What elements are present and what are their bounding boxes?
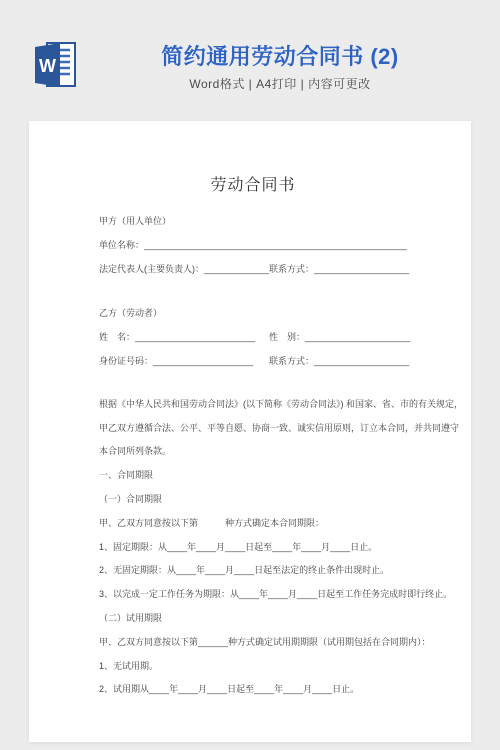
subsection-heading-probation: （二）试用期限 xyxy=(99,607,407,631)
party-a-company-line: 单位名称：___________________________________… xyxy=(99,234,407,258)
party-b-gender: 性 别：_____________________ xyxy=(269,326,410,350)
party-b-id-number: 身份证号码：____________________ xyxy=(99,356,253,366)
spacer xyxy=(99,374,407,393)
party-b-id-row: 身份证号码：____________________ 联系方式：________… xyxy=(99,350,407,374)
contract-line: 甲、乙双方同意按以下第 种方式确定本合同期限： xyxy=(99,512,407,536)
header-text-block: 简约通用劳动合同书 (2) Word格式 | A4打印 | 内容可更改 xyxy=(60,42,500,91)
subsection-heading-contract-term: （一）合同期限 xyxy=(99,488,407,512)
contract-line: 甲、乙双方同意按以下第______种方式确定试用期期限（试用期包括在合同期内）： xyxy=(99,631,407,655)
word-icon-letter: W xyxy=(39,56,56,76)
party-a-rep-row: 法定代表人(主要负责人)：_____________ 联系方式：________… xyxy=(99,258,407,282)
party-a-contact: 联系方式：___________________ xyxy=(269,258,409,282)
template-title[interactable]: 简约通用劳动合同书 (2) xyxy=(161,42,399,72)
section-heading-term: 一、合同期限 xyxy=(99,464,407,488)
contract-line: 甲乙双方遵循合法、公平、平等自愿、协商一致、诚实信用原则，订立本合同，并共同遵守 xyxy=(99,417,407,441)
party-b-name-row: 姓 名：________________________ 性 别：_______… xyxy=(99,326,407,350)
header: W 简约通用劳动合同书 (2) Word格式 | A4打印 | 内容可更改 xyxy=(0,0,500,121)
contract-line: 2、无固定期限：从____年____月____日起至法定的终止条件出现时止。 xyxy=(99,559,407,583)
contract-line: 3、以完成一定工作任务为期限：从____年____月____日起至工作任务完成时… xyxy=(99,583,407,607)
template-subtitle: Word格式 | A4打印 | 内容可更改 xyxy=(60,77,500,91)
party-a-heading: 甲方（用人单位） xyxy=(99,210,407,234)
spacer xyxy=(99,281,407,302)
contract-title: 劳动合同书 xyxy=(99,175,407,197)
contract-line: 1、固定期限：从____年____月____日起至____年____月____日… xyxy=(99,536,407,560)
party-b-name: 姓 名：________________________ xyxy=(99,332,255,342)
party-b-contact: 联系方式：___________________ xyxy=(269,350,409,374)
document-preview-page: 劳动合同书 甲方（用人单位） 单位名称：____________________… xyxy=(29,121,471,742)
contract-line: 1、无试用期。 xyxy=(99,655,407,679)
party-a-legal-rep: 法定代表人(主要负责人)：_____________ xyxy=(99,264,269,274)
contract-line: 本合同所列条款。 xyxy=(99,440,407,464)
contract-line: 根据《中华人民共和国劳动合同法》(以下简称《劳动合同法》) 和国家、省、市的有关… xyxy=(99,393,407,417)
contract-line: 2、试用期从____年____月____日起至____年____月____日止。 xyxy=(99,678,407,702)
party-b-heading: 乙方（劳动者） xyxy=(99,302,407,326)
page-background: { "header": { "title": "简约通用劳动合同书 (2)", … xyxy=(0,0,500,750)
